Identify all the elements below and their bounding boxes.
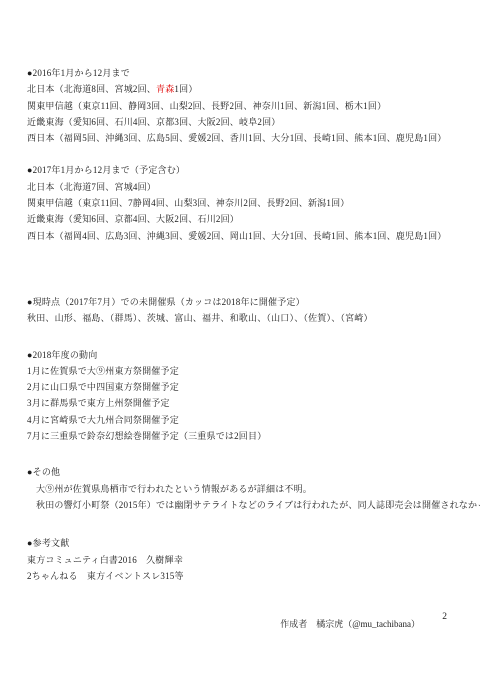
document-line: 3月に群馬県で東方上州祭開催予定 <box>27 395 452 411</box>
text-segment: 西日本（福岡5回、沖縄3回、広島5回、愛媛2回、香川1回、大分1回、長崎1回、熊… <box>27 133 447 143</box>
section-events-2017: ●2017年1月から12月まで（予定含む）北日本（北海道7回、宮城4回）関東甲信… <box>27 162 452 243</box>
text-segment: 北日本（北海道7回、宮城4回） <box>27 182 156 192</box>
section-unheld-prefectures: ●現時点（2017年7月）での未開催県（カッコは2018年に開催予定）秋田、山形… <box>27 294 452 327</box>
section-heading: ●2016年1月から12月まで <box>27 65 452 81</box>
document-line: 秋田の響灯小町祭（2015年）では幽閉サテライトなどのライブは行われたが、同人誌… <box>27 497 452 513</box>
document-body: ●2016年1月から12月まで北日本（北海道8回、宮城2回、青森1回）関東甲信越… <box>27 65 452 584</box>
section-references: ●参考文献東方コミュニティ白書2016 久樹輝幸2ちゃんねる 東方イベントスレ3… <box>27 535 452 584</box>
document-line: 近畿東海（愛知6回、石川4回、京都3回、大阪2回、岐阜2回） <box>27 114 452 130</box>
document-line: 近畿東海（愛知6回、京都4回、大阪2回、石川2回） <box>27 211 452 227</box>
text-segment: 関東甲信越（東京11回、静岡3回、山梨2回、長野2回、神奈川1回、新潟1回、栃木… <box>27 101 386 111</box>
text-segment: 関東甲信越（東京11回、7静岡4回、山梨3回、神奈川2回、長野2回、新潟1回） <box>27 198 349 208</box>
text-segment: 秋田、山形、福島、（群馬）、茨城、富山、福井、和歌山、（山口）、（佐賀）、（宮崎… <box>27 313 373 323</box>
document-line: 1月に佐賀県で大⑨州東方祭開催予定 <box>27 363 452 379</box>
section-heading: ●2018年度の動向 <box>27 347 452 363</box>
text-segment: 大⑨州が佐賀県鳥栖市で行われたという情報があるが詳細は不明。 <box>36 484 312 494</box>
document-line: 北日本（北海道8回、宮城2回、青森1回） <box>27 81 452 97</box>
document-line: 秋田、山形、福島、（群馬）、茨城、富山、福井、和歌山、（山口）、（佐賀）、（宮崎… <box>27 310 452 326</box>
document-line: 東方コミュニティ白書2016 久樹輝幸 <box>27 552 452 568</box>
highlighted-text: 青森 <box>156 84 174 94</box>
section-trends-2018: ●2018年度の動向1月に佐賀県で大⑨州東方祭開催予定2月に山口県で中四国東方祭… <box>27 347 452 445</box>
text-segment: 東方コミュニティ白書2016 久樹輝幸 <box>27 555 183 565</box>
page-number: 2 <box>442 612 447 622</box>
section-events-2016: ●2016年1月から12月まで北日本（北海道8回、宮城2回、青森1回）関東甲信越… <box>27 65 452 146</box>
document-line: 2ちゃんねる 東方イベントスレ315等 <box>27 568 452 584</box>
document-line: 北日本（北海道7回、宮城4回） <box>27 179 452 195</box>
text-segment: 3月に群馬県で東方上州祭開催予定 <box>27 398 170 408</box>
section-heading: ●現時点（2017年7月）での未開催県（カッコは2018年に開催予定） <box>27 294 452 310</box>
document-line: 4月に宮崎県で大九州合同祭開催予定 <box>27 412 452 428</box>
document-line: 西日本（福岡5回、沖縄3回、広島5回、愛媛2回、香川1回、大分1回、長崎1回、熊… <box>27 130 452 146</box>
text-segment: 4月に宮崎県で大九州合同祭開催予定 <box>27 415 179 425</box>
text-segment: 近畿東海（愛知6回、石川4回、京都3回、大阪2回、岐阜2回） <box>27 117 281 127</box>
text-segment: 2ちゃんねる 東方イベントスレ315等 <box>27 571 184 581</box>
document-line: 2月に山口県で中四国東方祭開催予定 <box>27 379 452 395</box>
document-page: ●2016年1月から12月まで北日本（北海道8回、宮城2回、青森1回）関東甲信越… <box>0 0 480 679</box>
document-line: 関東甲信越（東京11回、7静岡4回、山梨3回、神奈川2回、長野2回、新潟1回） <box>27 195 452 211</box>
section-heading: ●その他 <box>27 464 452 480</box>
text-segment: 西日本（福岡4回、広島3回、沖縄3回、愛媛2回、岡山1回、大分1回、長崎1回、熊… <box>27 231 447 241</box>
document-line: 関東甲信越（東京11回、静岡3回、山梨2回、長野2回、神奈川1回、新潟1回、栃木… <box>27 98 452 114</box>
section-heading: ●参考文献 <box>27 535 452 551</box>
text-segment: 2月に山口県で中四国東方祭開催予定 <box>27 382 179 392</box>
text-segment: 1回） <box>174 84 197 94</box>
text-segment: 北日本（北海道8回、宮城2回、 <box>27 84 156 94</box>
document-line: 大⑨州が佐賀県鳥栖市で行われたという情報があるが詳細は不明。 <box>27 481 452 497</box>
document-line: 西日本（福岡4回、広島3回、沖縄3回、愛媛2回、岡山1回、大分1回、長崎1回、熊… <box>27 228 452 244</box>
author-line: 作成者 橘宗虎（@mu_tachibana） <box>27 616 452 632</box>
section-heading: ●2017年1月から12月まで（予定含む） <box>27 162 452 178</box>
text-segment: 近畿東海（愛知6回、京都4回、大阪2回、石川2回） <box>27 214 239 224</box>
section-other-notes: ●その他大⑨州が佐賀県鳥栖市で行われたという情報があるが詳細は不明。秋田の響灯小… <box>27 464 452 513</box>
text-segment: 1月に佐賀県で大⑨州東方祭開催予定 <box>27 366 179 376</box>
document-line: 7月に三重県で鈴奈幻想絵巻開催予定（三重県では2回目） <box>27 428 452 444</box>
text-segment: 7月に三重県で鈴奈幻想絵巻開催予定（三重県では2回目） <box>27 431 266 441</box>
text-segment: 秋田の響灯小町祭（2015年）では幽閉サテライトなどのライブは行われたが、同人誌… <box>36 500 480 510</box>
